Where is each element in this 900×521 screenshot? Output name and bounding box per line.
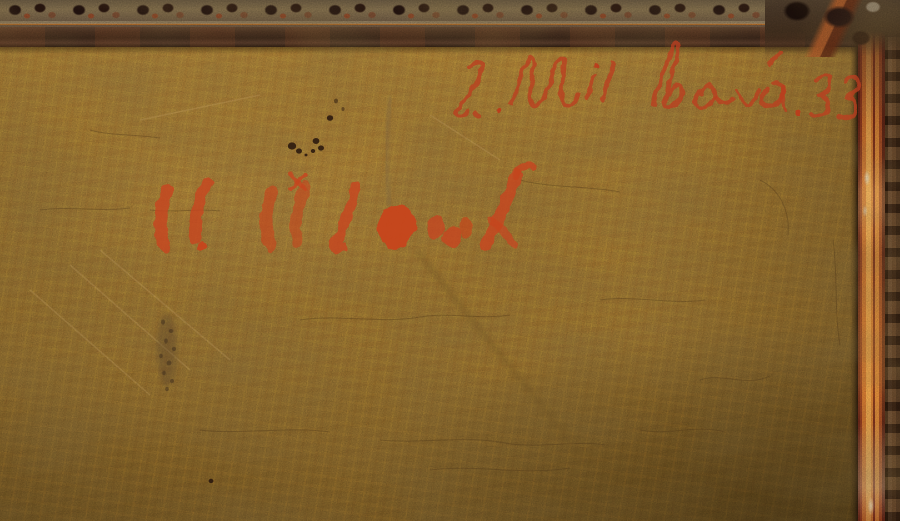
gilt-strip [858,28,885,521]
painting-photograph: Close-up photograph of the upper corner … [0,0,900,521]
frame-outer-edge [885,28,900,521]
frame-corner [765,0,900,57]
canvas-frame-seam [850,28,858,521]
frame-right [850,28,900,521]
canvas-surface [0,0,900,521]
